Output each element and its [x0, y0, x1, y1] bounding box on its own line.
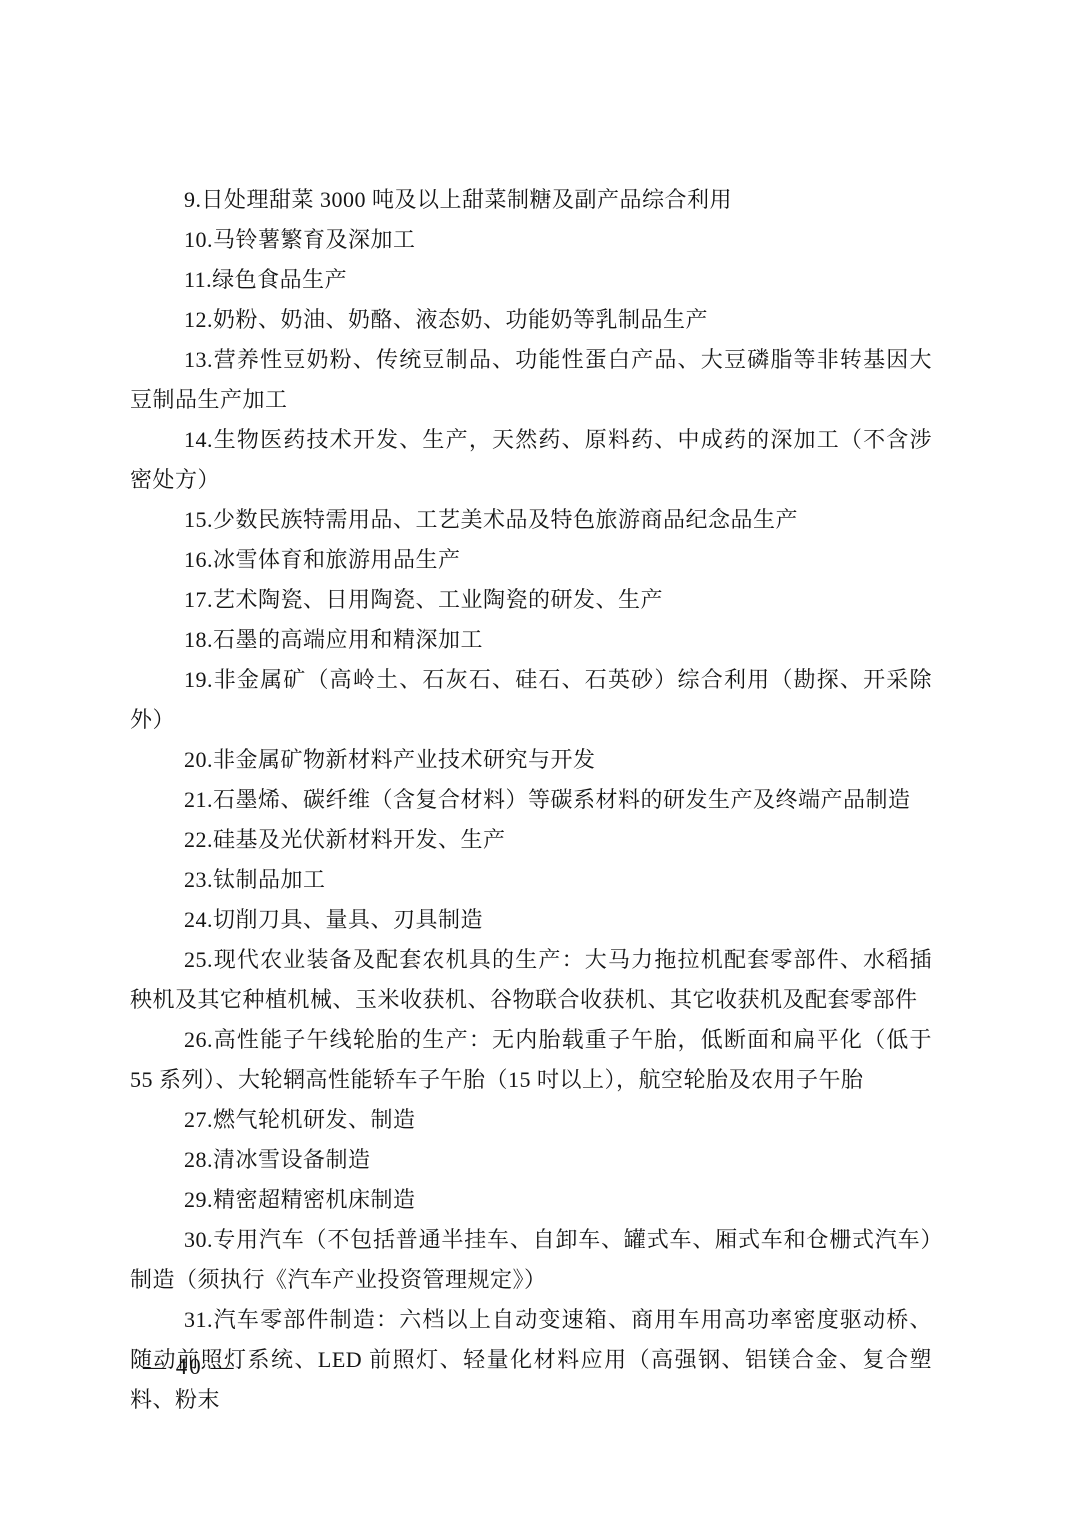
list-item-paragraph: 17.艺术陶瓷、日用陶瓷、工业陶瓷的研发、生产: [130, 580, 932, 620]
list-item-paragraph: 31.汽车零部件制造：六档以上自动变速箱、商用车用高功率密度驱动桥、随动前照灯系…: [130, 1300, 932, 1420]
document-page: 9.日处理甜菜 3000 吨及以上甜菜制糖及副产品综合利用10.马铃薯繁育及深加…: [0, 0, 1074, 1520]
list-item-paragraph: 27.燃气轮机研发、制造: [130, 1100, 932, 1140]
list-item-paragraph: 28.清冰雪设备制造: [130, 1140, 932, 1180]
list-item-paragraph: 23.钛制品加工: [130, 860, 932, 900]
list-item-paragraph: 21.石墨烯、碳纤维（含复合材料）等碳系材料的研发生产及终端产品制造: [130, 780, 932, 820]
list-item-paragraph: 20.非金属矿物新材料产业技术研究与开发: [130, 740, 932, 780]
list-item-paragraph: 13.营养性豆奶粉、传统豆制品、功能性蛋白产品、大豆磷脂等非转基因大豆制品生产加…: [130, 340, 932, 420]
list-item-paragraph: 26.高性能子午线轮胎的生产：无内胎载重子午胎，低断面和扁平化（低于 55 系列…: [130, 1020, 932, 1100]
list-item-paragraph: 22.硅基及光伏新材料开发、生产: [130, 820, 932, 860]
list-item-paragraph: 25.现代农业装备及配套农机具的生产：大马力拖拉机配套零部件、水稻插秧机及其它种…: [130, 940, 932, 1020]
list-item-paragraph: 9.日处理甜菜 3000 吨及以上甜菜制糖及副产品综合利用: [130, 180, 932, 220]
list-item-paragraph: 18.石墨的高端应用和精深加工: [130, 620, 932, 660]
list-item-paragraph: 10.马铃薯繁育及深加工: [130, 220, 932, 260]
list-item-paragraph: 15.少数民族特需用品、工艺美术品及特色旅游商品纪念品生产: [130, 500, 932, 540]
list-item-paragraph: 12.奶粉、奶油、奶酪、液态奶、功能奶等乳制品生产: [130, 300, 932, 340]
document-body: 9.日处理甜菜 3000 吨及以上甜菜制糖及副产品综合利用10.马铃薯繁育及深加…: [130, 180, 932, 1420]
list-item-paragraph: 29.精密超精密机床制造: [130, 1180, 932, 1220]
list-item-paragraph: 24.切削刀具、量具、刃具制造: [130, 900, 932, 940]
list-item-paragraph: 14.生物医药技术开发、生产，天然药、原料药、中成药的深加工（不含涉密处方）: [130, 420, 932, 500]
list-item-paragraph: 11.绿色食品生产: [130, 260, 932, 300]
list-item-paragraph: 30.专用汽车（不包括普通半挂车、自卸车、罐式车、厢式车和仓栅式汽车）制造（须执…: [130, 1220, 932, 1300]
list-item-paragraph: 16.冰雪体育和旅游用品生产: [130, 540, 932, 580]
list-item-paragraph: 19.非金属矿（高岭土、石灰石、硅石、石英砂）综合利用（勘探、开采除外）: [130, 660, 932, 740]
page-number: — 40 —: [143, 1352, 236, 1382]
